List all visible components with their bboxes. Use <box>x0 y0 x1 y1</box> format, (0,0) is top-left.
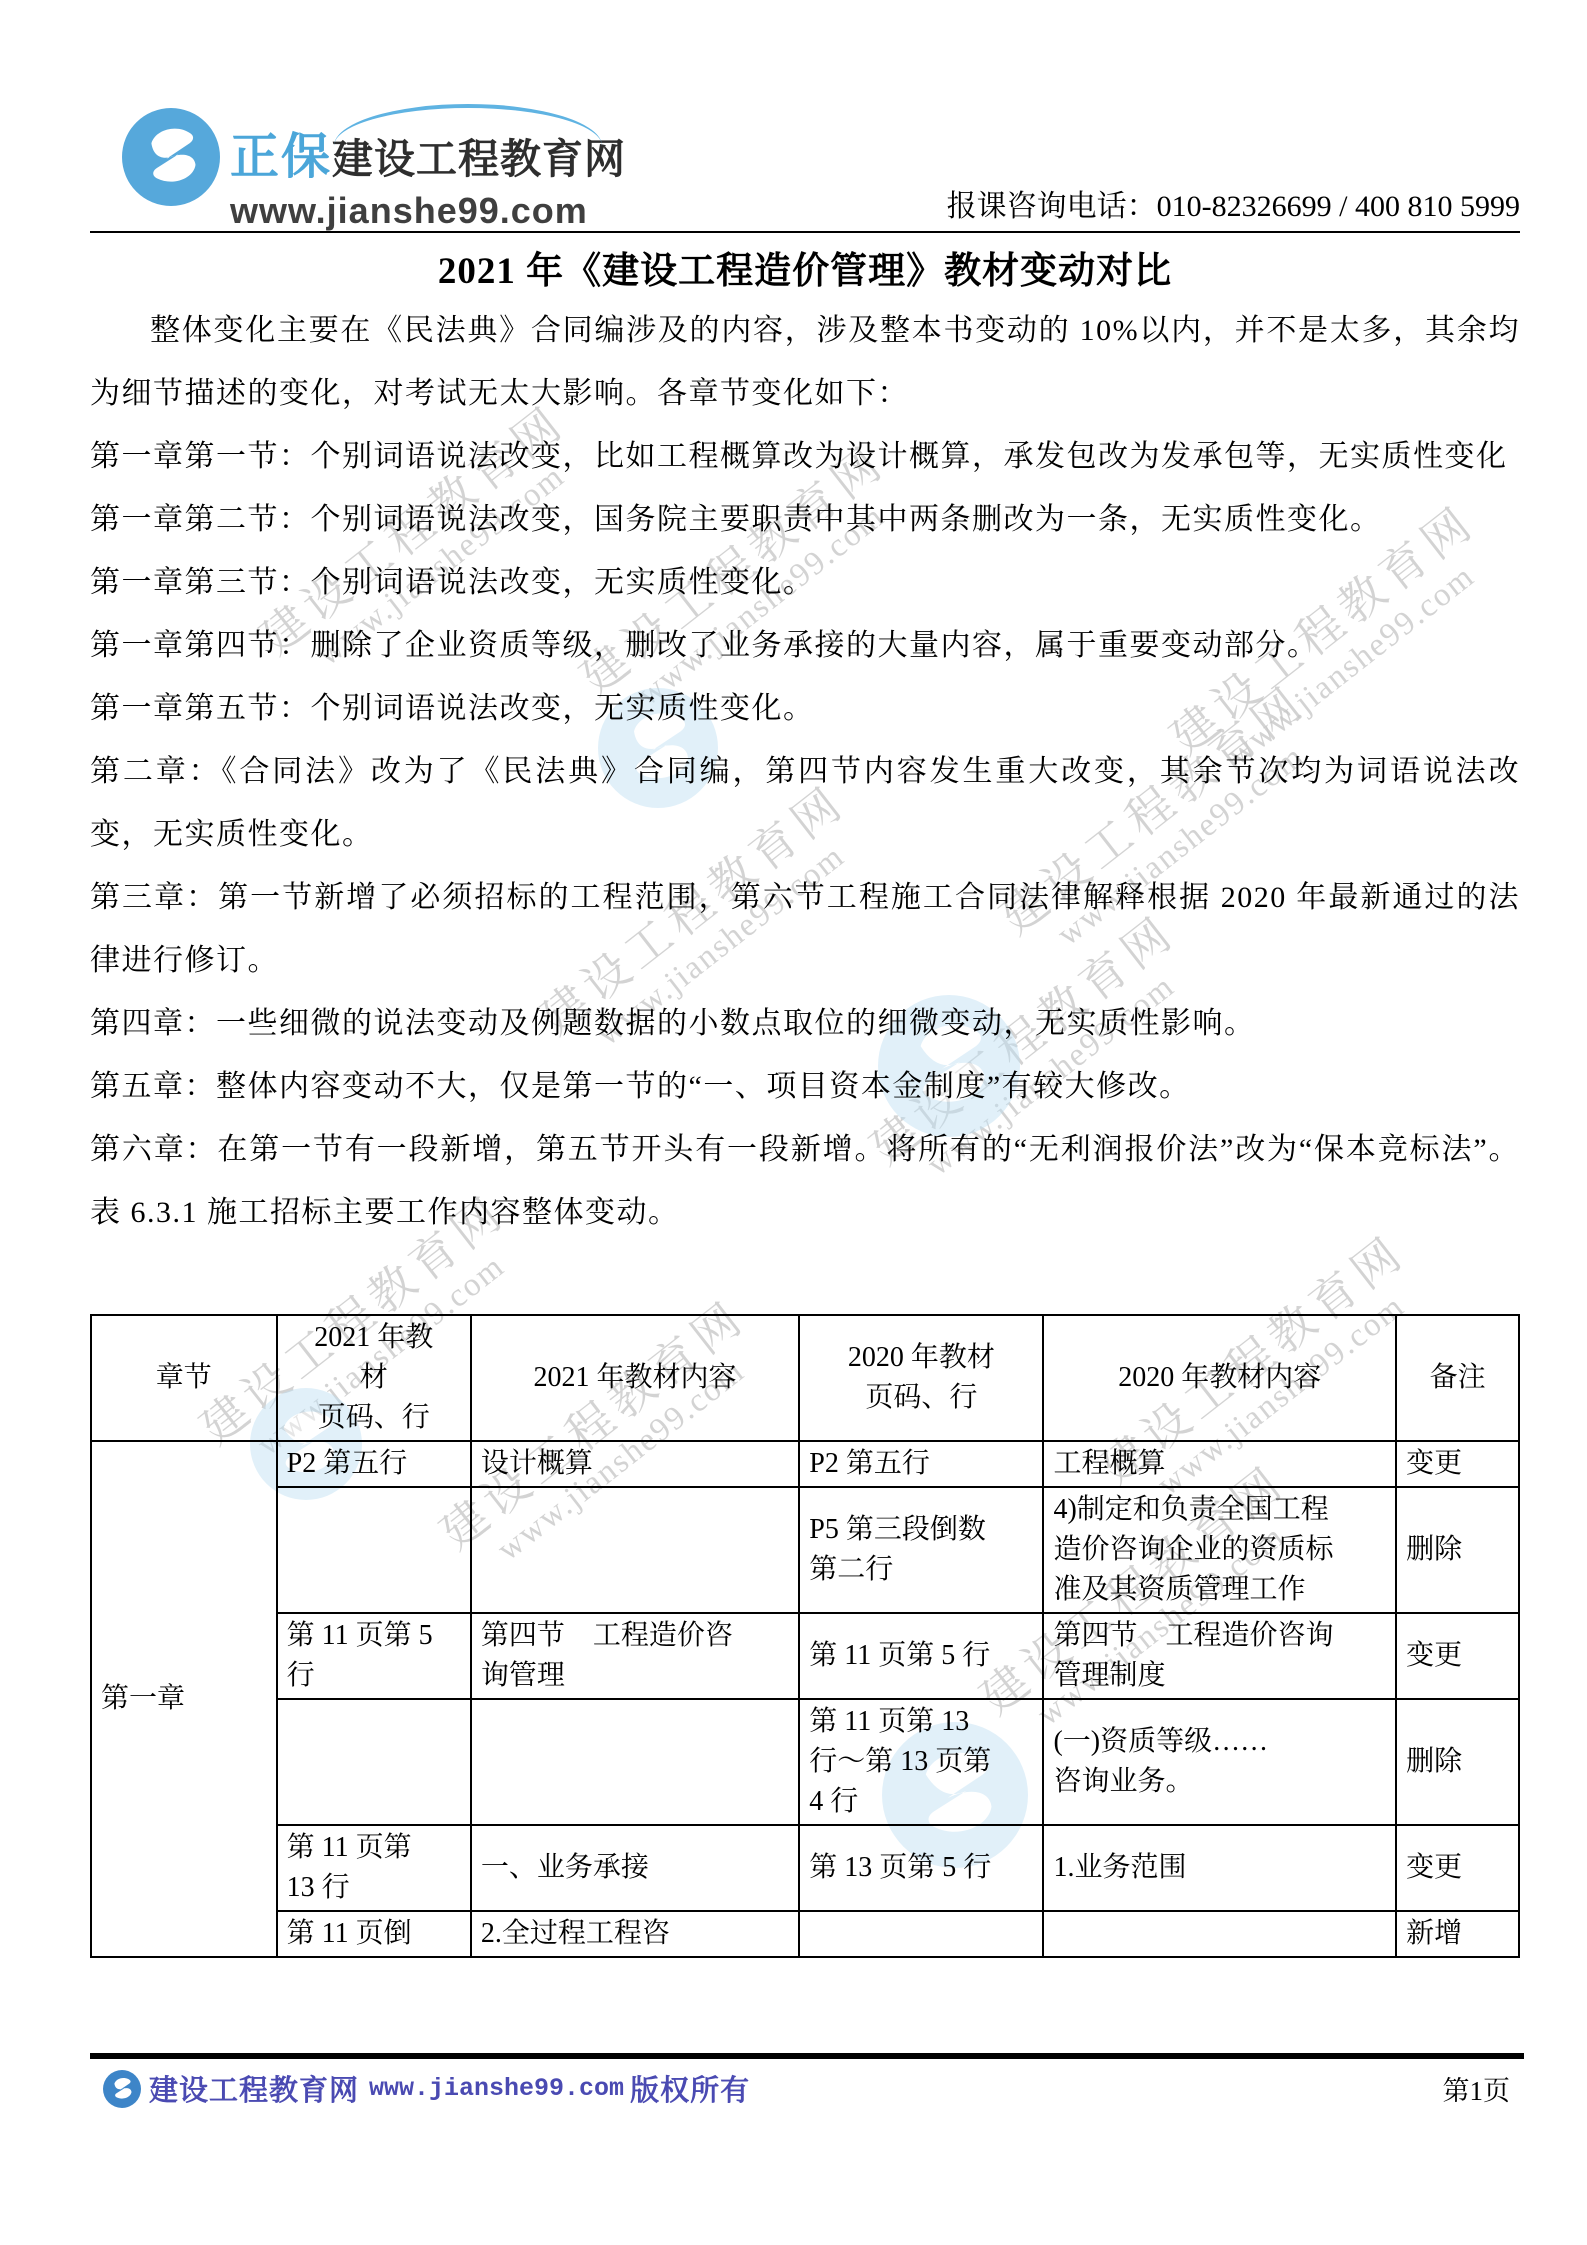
cell-note: 删除 <box>1396 1487 1519 1613</box>
footer-divider <box>90 2053 1524 2059</box>
page-footer: 建设工程教育网 www.jianshe99.com 版权所有 第1页 <box>103 2068 1510 2109</box>
table-header-row: 章节 2021 年教 材 页码、行 2021 年教材内容 2020 年教材 页码… <box>91 1315 1519 1441</box>
document-page: 建设工程教育网www.jianshe99.com 建设工程教育网www.jian… <box>0 0 1587 2245</box>
cell-2020-content: 1.业务范围 <box>1043 1825 1396 1911</box>
brand-logo: 正保 建设工程教育网 www.jianshe99.com <box>122 108 626 232</box>
paragraph: 第一章第五节：个别词语说法改变，无实质性变化。 <box>90 677 1520 740</box>
cell-note: 变更 <box>1396 1441 1519 1487</box>
paragraph: 第一章第一节：个别词语说法改变，比如工程概算改为设计概算，承发包改为发承包等，无… <box>90 425 1520 488</box>
paragraph: 第四章：一些细微的说法变动及例题数据的小数点取位的细微变动，无实质性影响。 <box>90 992 1520 1055</box>
textbook-comparison-table: 章节 2021 年教 材 页码、行 2021 年教材内容 2020 年教材 页码… <box>90 1314 1520 1958</box>
brand-url-label: www.jianshe99.com <box>230 190 626 232</box>
consult-phone-label: 报课咨询电话：010-82326699 / 400 810 5999 <box>947 181 1520 225</box>
col-header-2020-page: 2020 年教材 页码、行 <box>799 1315 1043 1441</box>
cell-2020-page: 第 13 页第 5 行 <box>799 1825 1043 1911</box>
paragraph: 第一章第三节：个别词语说法改变，无实质性变化。 <box>90 551 1520 614</box>
cell-note: 变更 <box>1396 1825 1519 1911</box>
cell-2020-page: 第 11 页第 13 行～第 13 页第 4 行 <box>799 1699 1043 1825</box>
cell-2020-content: (一)资质等级…… 咨询业务。 <box>1043 1699 1396 1825</box>
brand-zhengbao-label: 正保 <box>230 118 332 188</box>
col-header-2021-content: 2021 年教材内容 <box>471 1315 799 1441</box>
brand-arc-decoration <box>334 104 602 146</box>
cell-2020-page: 第 11 页第 5 行 <box>799 1613 1043 1699</box>
footer-rights-label: 版权所有 <box>630 2068 750 2109</box>
footer-logo-icon <box>103 2070 141 2108</box>
paragraph: 第二章：《合同法》改为了《民法典》合同编，第四节内容发生重大改变，其余节次均为词… <box>90 740 1520 866</box>
cell-2020-page: P5 第三段倒数 第二行 <box>799 1487 1043 1613</box>
footer-url-label: www.jianshe99.com <box>369 2074 624 2103</box>
cell-note: 新增 <box>1396 1911 1519 1957</box>
page-title: 2021 年《建设工程造价管理》教材变动对比 <box>90 245 1520 299</box>
page-content: 正保 建设工程教育网 www.jianshe99.com 报课咨询电话：010-… <box>90 0 1520 1958</box>
cell-2020-content: 4)制定和负责全国工程 造价咨询企业的资质标 准及其资质管理工作 <box>1043 1487 1396 1613</box>
cell-2020-content: 第四节 工程造价咨询 管理制度 <box>1043 1613 1396 1699</box>
col-header-2020-content: 2020 年教材内容 <box>1043 1315 1396 1441</box>
paragraph: 第一章第四节：删除了企业资质等级，删改了业务承接的大量内容，属于重要变动部分。 <box>90 614 1520 677</box>
brand-text: 正保 建设工程教育网 www.jianshe99.com <box>230 108 626 232</box>
cell-2021-page: 第 11 页倒 <box>277 1911 471 1957</box>
cell-note: 变更 <box>1396 1613 1519 1699</box>
footer-brand-label: 建设工程教育网 <box>149 2068 359 2109</box>
table-row: P5 第三段倒数 第二行 4)制定和负责全国工程 造价咨询企业的资质标 准及其资… <box>91 1487 1519 1613</box>
cell-2021-content: 设计概算 <box>471 1441 799 1487</box>
cell-2020-content <box>1043 1911 1396 1957</box>
footer-brand: 建设工程教育网 www.jianshe99.com 版权所有 <box>103 2068 750 2109</box>
page-header: 正保 建设工程教育网 www.jianshe99.com 报课咨询电话：010-… <box>90 0 1520 233</box>
col-header-chapter: 章节 <box>91 1315 277 1441</box>
cell-2020-content: 工程概算 <box>1043 1441 1396 1487</box>
cell-2021-page: 第 11 页第 13 行 <box>277 1825 471 1911</box>
table-row: 第 11 页第 13 行～第 13 页第 4 行 (一)资质等级…… 咨询业务。… <box>91 1699 1519 1825</box>
table-row: 第 11 页第 13 行 一、业务承接 第 13 页第 5 行 1.业务范围 变… <box>91 1825 1519 1911</box>
cell-2021-content <box>471 1699 799 1825</box>
col-header-2021-page: 2021 年教 材 页码、行 <box>277 1315 471 1441</box>
paragraph: 第一章第二节：个别词语说法改变，国务院主要职责中其中两条删改为一条，无实质性变化… <box>90 488 1520 551</box>
cell-note: 删除 <box>1396 1699 1519 1825</box>
brand-logo-icon <box>122 108 220 206</box>
cell-2021-content <box>471 1487 799 1613</box>
cell-2020-page: P2 第五行 <box>799 1441 1043 1487</box>
chapter-cell: 第一章 <box>91 1441 277 1957</box>
page-number: 第1页 <box>1443 2069 1511 2108</box>
cell-2021-page <box>277 1699 471 1825</box>
paragraph: 第五章：整体内容变动不大，仅是第一节的“一、项目资本金制度”有较大修改。 <box>90 1055 1520 1118</box>
cell-2021-page: P2 第五行 <box>277 1441 471 1487</box>
paragraph: 第六章：在第一节有一段新增，第五节开头有一段新增。将所有的“无利润报价法”改为“… <box>90 1118 1520 1244</box>
cell-2020-page <box>799 1911 1043 1957</box>
cell-2021-page: 第 11 页第 5 行 <box>277 1613 471 1699</box>
table-row: 第一章 P2 第五行 设计概算 P2 第五行 工程概算 变更 <box>91 1441 1519 1487</box>
table-row: 第 11 页倒 2.全过程工程咨 新增 <box>91 1911 1519 1957</box>
cell-2021-content: 第四节 工程造价咨 询管理 <box>471 1613 799 1699</box>
table-row: 第 11 页第 5 行 第四节 工程造价咨 询管理 第 11 页第 5 行 第四… <box>91 1613 1519 1699</box>
cell-2021-page <box>277 1487 471 1613</box>
cell-2021-content: 2.全过程工程咨 <box>471 1911 799 1957</box>
paragraph: 第三章：第一节新增了必须招标的工程范围，第六节工程施工合同法律解释根据 2020… <box>90 866 1520 992</box>
col-header-note: 备注 <box>1396 1315 1519 1441</box>
body-text: 整体变化主要在《民法典》合同编涉及的内容，涉及整本书变动的 10%以内，并不是太… <box>90 299 1520 1244</box>
paragraph: 整体变化主要在《民法典》合同编涉及的内容，涉及整本书变动的 10%以内，并不是太… <box>90 299 1520 425</box>
cell-2021-content: 一、业务承接 <box>471 1825 799 1911</box>
